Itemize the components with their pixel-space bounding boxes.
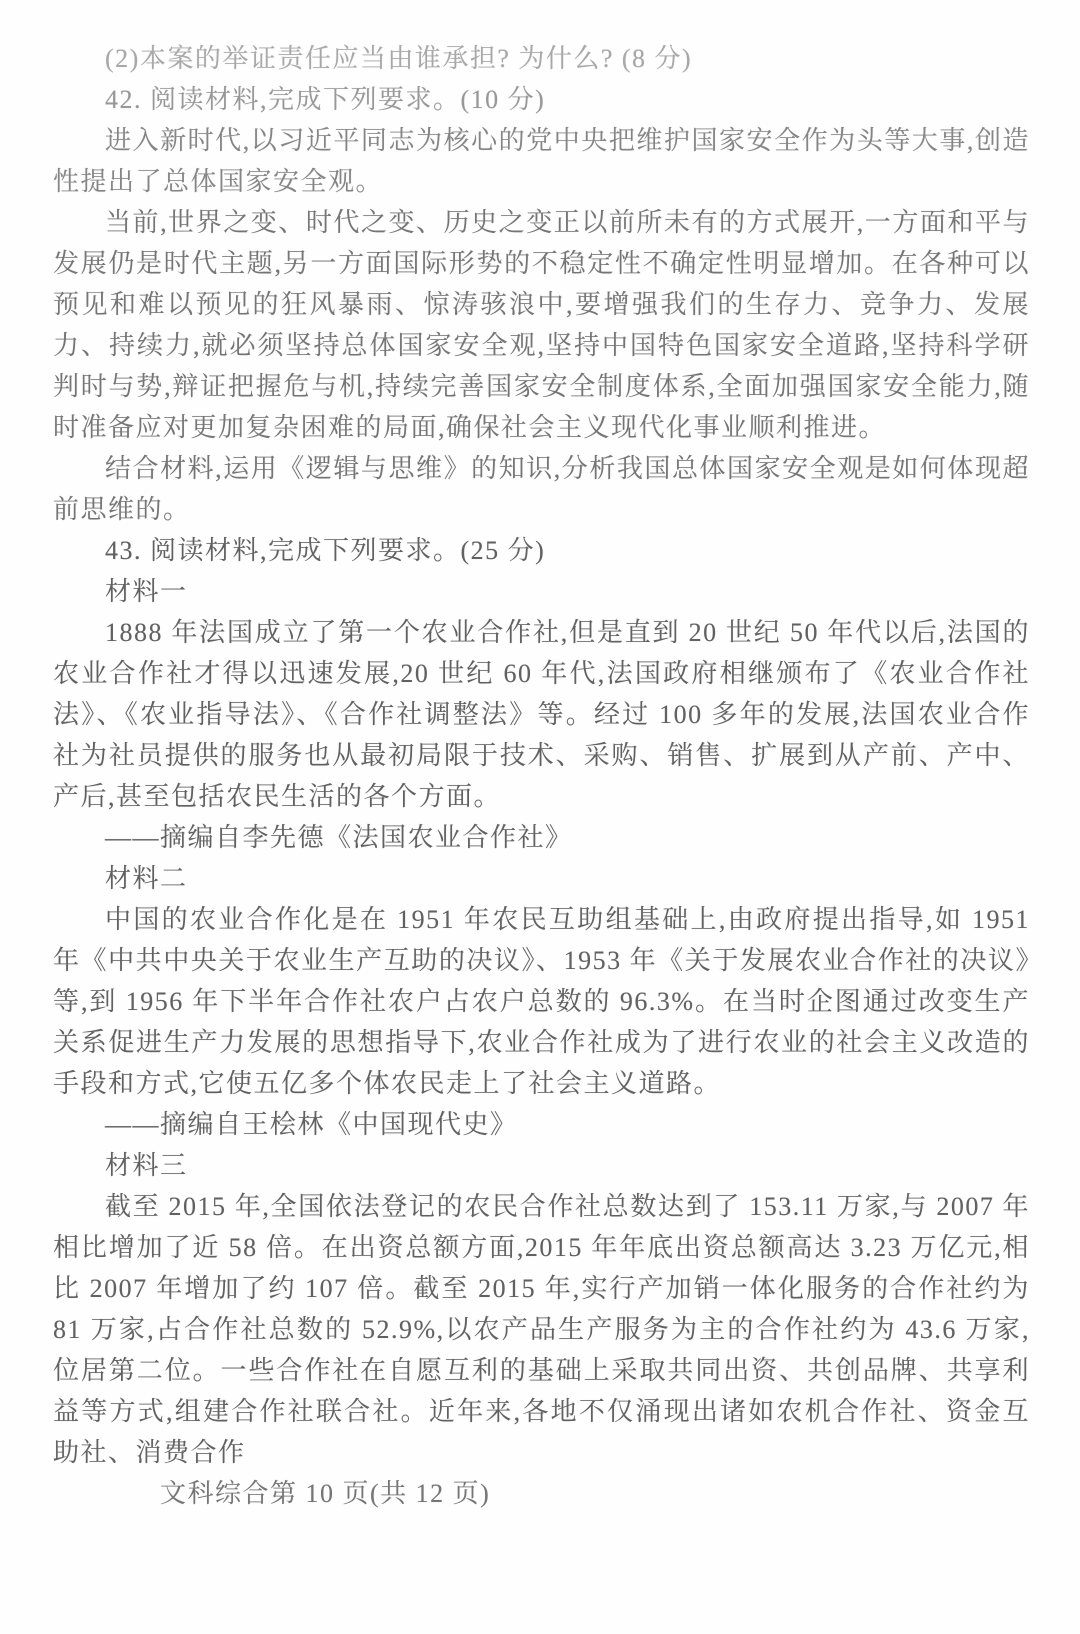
question-42-material-paragraph: 当前,世界之变、时代之变、历史之变正以前所未有的方式展开,一方面和平与发展仍是时… (53, 202, 1030, 448)
question-41-part2: (2)本案的举证责任应当由谁承担? 为什么? (8 分) (53, 38, 1030, 79)
question-42-heading: 42. 阅读材料,完成下列要求。(10 分) (53, 79, 1030, 120)
question-42-intro-paragraph: 进入新时代,以习近平同志为核心的党中央把维护国家安全作为头等大事,创造性提出了总… (53, 120, 1030, 202)
question-42-task-paragraph: 结合材料,运用《逻辑与思维》的知识,分析我国总体国家安全观是如何体现超前思维的。 (53, 448, 1030, 530)
exam-page: (2)本案的举证责任应当由谁承担? 为什么? (8 分) 42. 阅读材料,完成… (0, 0, 1080, 1634)
material-3-paragraph: 截至 2015 年,全国依法登记的农民合作社总数达到了 153.11 万家,与 … (53, 1186, 1030, 1473)
material-2-label: 材料二 (53, 858, 1030, 899)
question-43-heading: 43. 阅读材料,完成下列要求。(25 分) (53, 530, 1030, 571)
material-2-attribution: ——摘编自王桧林《中国现代史》 (53, 1104, 1030, 1145)
material-2-paragraph: 中国的农业合作化是在 1951 年农民互助组基础上,由政府提出指导,如 1951… (53, 899, 1030, 1104)
material-1-paragraph: 1888 年法国成立了第一个农业合作社,但是直到 20 世纪 50 年代以后,法… (53, 612, 1030, 817)
material-3-label: 材料三 (53, 1145, 1030, 1186)
material-1-label: 材料一 (53, 571, 1030, 612)
page-footer: 文科综合第 10 页(共 12 页) (108, 1473, 1080, 1514)
material-1-attribution: ——摘编自李先德《法国农业合作社》 (53, 817, 1030, 858)
